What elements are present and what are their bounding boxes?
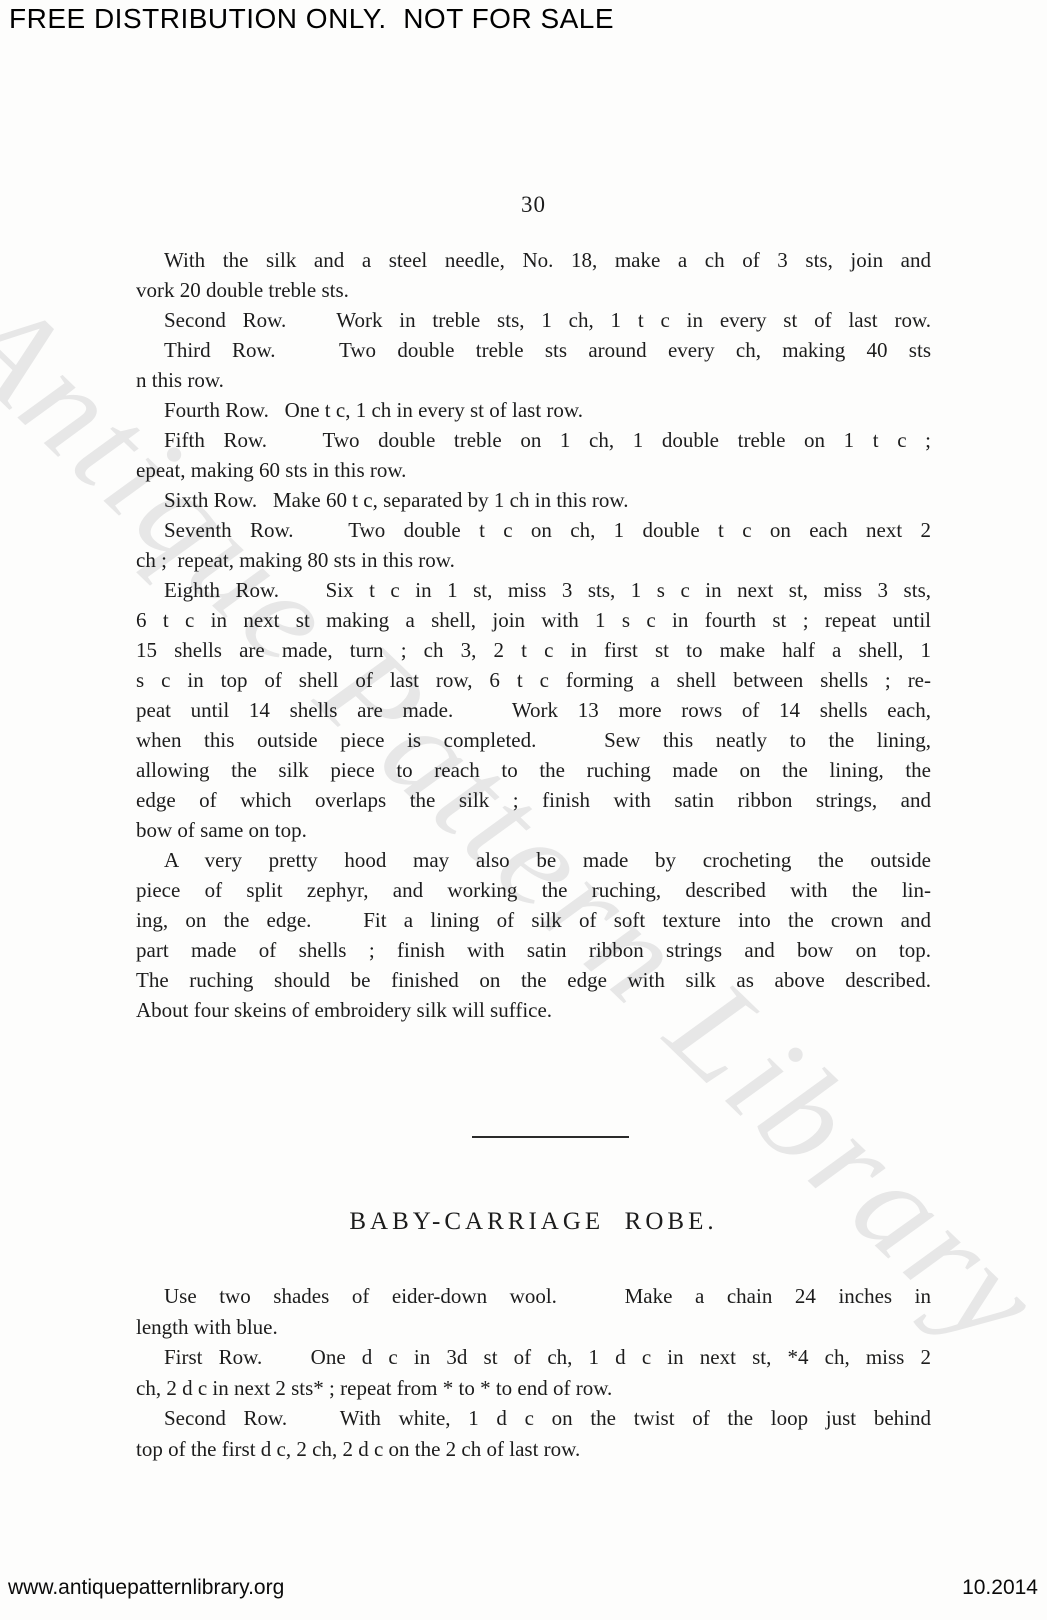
text-line: Fourth Row. One t c, 1 ch in every st of… [136, 395, 931, 425]
text-line: ch ; repeat, making 80 sts in this row. [136, 545, 931, 575]
text-line: piece of split zephyr, and working the r… [136, 875, 931, 905]
text-line: Sixth Row. Make 60 t c, separated by 1 c… [136, 485, 931, 515]
text-line: vork 20 double treble sts. [136, 275, 931, 305]
robe-section-heading: BABY-CARRIAGE ROBE. [136, 1208, 931, 1236]
text-line: length with blue. [136, 1312, 931, 1343]
text-line: First Row. One d c in 3d st of ch, 1 d c… [136, 1342, 931, 1373]
text-line: edge of which overlaps the silk ; finish… [136, 785, 931, 815]
text-line: top of the first d c, 2 ch, 2 d c on the… [136, 1434, 931, 1465]
text-line: allowing the silk piece to reach to the … [136, 755, 931, 785]
text-line: ing, on the edge. Fit a lining of silk o… [136, 905, 931, 935]
text-line: peat until 14 shells are made. Work 13 m… [136, 695, 931, 725]
page-number: 30 [136, 192, 931, 218]
text-line: part made of shells ; finish with satin … [136, 935, 931, 965]
distribution-notice: FREE DISTRIBUTION ONLY. NOT FOR SALE [9, 3, 614, 35]
footer-date: 10.2014 [962, 1576, 1038, 1600]
text-line: Fifth Row. Two double treble on 1 ch, 1 … [136, 425, 931, 455]
text-line: With the silk and a steel needle, No. 18… [136, 245, 931, 275]
text-line: Third Row. Two double treble sts around … [136, 335, 931, 365]
section-divider [472, 1136, 629, 1138]
text-line: 6 t c in next st making a shell, join wi… [136, 605, 931, 635]
text-line: Eighth Row. Six t c in 1 st, miss 3 sts,… [136, 575, 931, 605]
robe-instructions-block: Use two shades of eider-down wool. Make … [136, 1281, 931, 1464]
text-line: The ruching should be finished on the ed… [136, 965, 931, 995]
hood-instructions-block: With the silk and a steel needle, No. 18… [136, 245, 931, 1025]
text-line: Use two shades of eider-down wool. Make … [136, 1281, 931, 1312]
text-line: A very pretty hood may also be made by c… [136, 845, 931, 875]
text-line: when this outside piece is completed. Se… [136, 725, 931, 755]
text-line: Seventh Row. Two double t c on ch, 1 dou… [136, 515, 931, 545]
text-line: Second Row. With white, 1 d c on the twi… [136, 1403, 931, 1434]
text-line: ch, 2 d c in next 2 sts* ; repeat from *… [136, 1373, 931, 1404]
text-line: s c in top of shell of last row, 6 t c f… [136, 665, 931, 695]
text-line: epeat, making 60 sts in this row. [136, 455, 931, 485]
text-line: bow of same on top. [136, 815, 931, 845]
text-line: n this row. [136, 365, 931, 395]
text-line: Second Row. Work in treble sts, 1 ch, 1 … [136, 305, 931, 335]
footer-url: www.antiquepatternlibrary.org [8, 1576, 284, 1600]
text-line: About four skeins of embroidery silk wil… [136, 995, 931, 1025]
scanned-page: Antique Pattern Library FREE DISTRIBUTIO… [0, 0, 1047, 1620]
text-line: 15 shells are made, turn ; ch 3, 2 t c i… [136, 635, 931, 665]
